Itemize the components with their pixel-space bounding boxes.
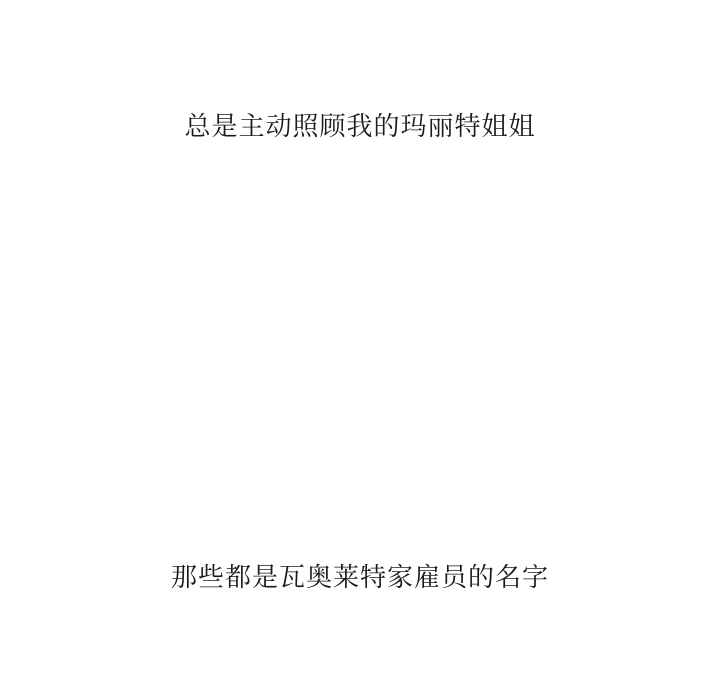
caption-bottom: 那些都是瓦奥莱特家雇员的名字 bbox=[0, 562, 720, 594]
caption-top: 总是主动照顾我的玛丽特姐姐 bbox=[0, 111, 720, 143]
